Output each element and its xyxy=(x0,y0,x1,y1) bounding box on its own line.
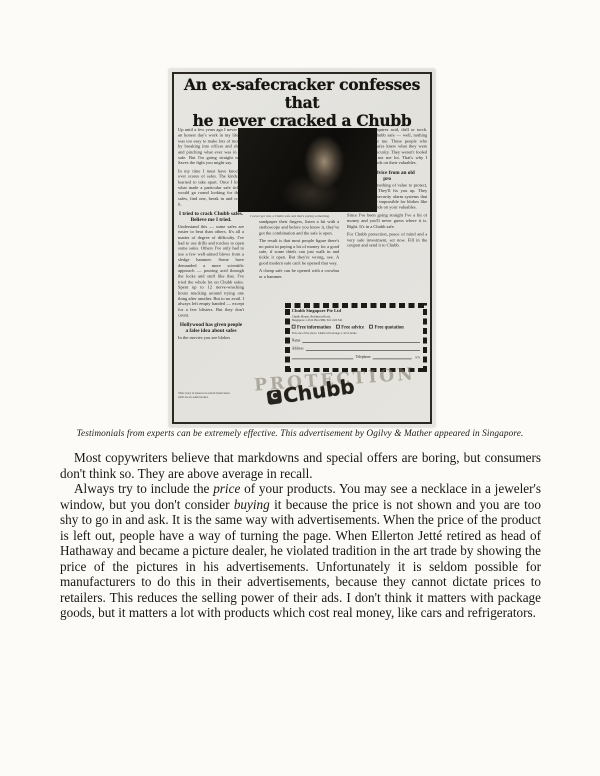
coupon-field-label: Name xyxy=(292,339,301,343)
coupon-options: Free information Free advice Free quotat… xyxy=(292,324,420,329)
emphasis-buying: buying xyxy=(234,497,270,512)
ad-middle-paragraph: sandpaper their fingers, listen a bit wi… xyxy=(259,220,339,237)
ad-middle-paragraph: The result is that most people figure th… xyxy=(259,239,339,267)
write-in-line xyxy=(292,355,354,359)
ad-footnote: This story is based on actual interviews… xyxy=(178,391,236,399)
ad-right-paragraph: For Chubb protection, peace of mind and … xyxy=(347,232,427,249)
coupon-option-label: Free information xyxy=(297,324,331,329)
checkbox-icon xyxy=(292,325,296,329)
ad-left-paragraph: In the movies you see blokes xyxy=(178,335,244,341)
write-in-line xyxy=(306,347,420,351)
coupon-field-telephone: Telephone 9/76 xyxy=(292,355,420,359)
coupon-field-address: Address xyxy=(292,347,420,351)
safecracker-photo xyxy=(238,128,377,212)
emphasis-price: price xyxy=(213,481,240,496)
coupon: Chubb Singapore Pte Ltd Chubb House, Rob… xyxy=(285,303,427,372)
ad-left-paragraph: Understand this — some safes are easier … xyxy=(178,225,244,319)
paragraph-2-text: Always try to include the xyxy=(74,481,213,496)
ad-right-paragraph: Since I've been going straight I've a bi… xyxy=(347,213,427,230)
write-in-line xyxy=(373,355,412,359)
coupon-form-code: 9/76 xyxy=(415,356,420,359)
coupon-note: Tick one of the above. Chubb will arrang… xyxy=(292,331,420,334)
paragraph-2: Always try to include the price of your … xyxy=(60,481,541,621)
ad-left-subhead-1: I tried to crack Chubb safes. Believe me… xyxy=(178,210,244,222)
chubb-logo-icon: C xyxy=(266,389,282,405)
checkbox-icon xyxy=(336,325,340,329)
photo-caption: I never got into a Chubb safe and that's… xyxy=(238,214,342,218)
body-text: Most copywriters believe that markdowns … xyxy=(60,450,541,621)
ad-left-paragraph: In my time I must have knocked over scor… xyxy=(178,169,244,208)
write-in-line xyxy=(303,339,420,343)
ad-footnote-wrap: This story is based on actual interviews… xyxy=(178,391,236,417)
coupon-option-label: Free quotation xyxy=(375,324,404,329)
figure-caption: Testimonials from experts can be extreme… xyxy=(0,429,600,439)
coupon-option-information: Free information xyxy=(292,324,331,329)
book-page: An ex-safecracker confesses that he neve… xyxy=(0,0,600,776)
coupon-option-advice: Free advice xyxy=(336,324,364,329)
ad-headline-line1: An ex-safecracker confesses that xyxy=(177,76,427,112)
ad-column-middle: sandpaper their fingers, listen a bit wi… xyxy=(259,220,339,301)
ad-left-paragraph: Up until a few years ago I never did an … xyxy=(178,128,244,167)
coupon-field-label: Address xyxy=(292,347,304,351)
coupon-option-quotation: Free quotation xyxy=(369,324,403,329)
coupon-field-name: Name xyxy=(292,339,420,343)
checkbox-icon xyxy=(369,325,373,329)
ad-column-left: Up until a few years ago I never did an … xyxy=(178,128,244,390)
ad-middle-paragraph: A cheap safe can be opened with a crowba… xyxy=(259,269,339,280)
coupon-address-2: Singapore 1, P.O. Box 980, Tel: 222 341 xyxy=(292,318,420,322)
paragraph-2-text: it because the price is not shown and yo… xyxy=(60,497,541,621)
paragraph-1: Most copywriters believe that markdowns … xyxy=(60,450,541,481)
advertisement-scan: An ex-safecracker confesses that he neve… xyxy=(169,69,435,427)
ad-left-subhead-2: Hollywood has given people a false idea … xyxy=(178,321,244,333)
coupon-field-label: Telephone xyxy=(356,355,371,359)
coupon-option-label: Free advice xyxy=(341,324,364,329)
